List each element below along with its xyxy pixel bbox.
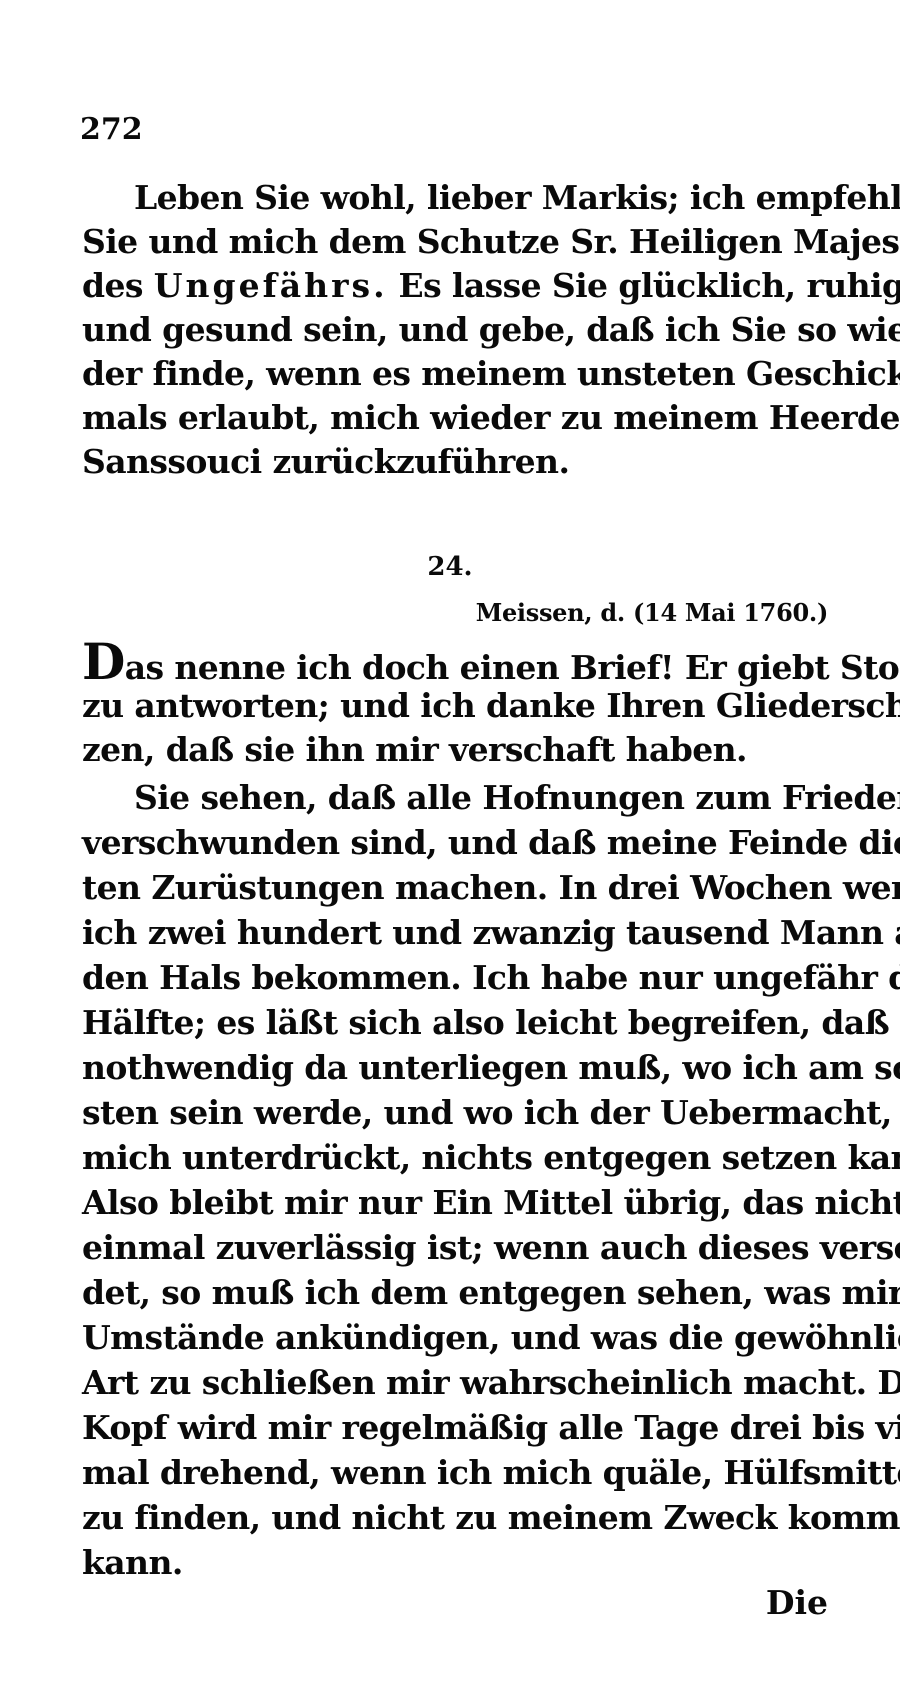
text-line: des Ungefährs. Es lasse Sie glücklich, r… [82,264,834,308]
text-line: ich zwei hundert und zwanzig tausend Man… [82,911,834,955]
text-line: Hälfte; es läßt sich also leicht begreif… [82,1001,834,1045]
text-line: Leben Sie wohl, lieber Markis; ich empfe… [82,176,834,220]
text-line: der finde, wenn es meinem unsteten Gesch… [82,352,834,396]
text-line: nothwendig da unterliegen muß, wo ich am… [82,1046,834,1090]
book-page: 272 Leben Sie wohl, lieber Markis; ich e… [0,0,900,1707]
text-line: den Hals bekommen. Ich habe nur ungefähr… [82,956,834,1000]
text-line: Das nenne ich doch einen Brief! Er giebt… [82,640,834,690]
emphasized-word: Ungefährs. [154,266,388,305]
text-line: mals erlaubt, mich wieder zu meinem Heer… [82,396,834,440]
text-line: sten sein werde, und wo ich der Uebermac… [82,1091,834,1135]
text-line: Sanssouci zurückzuführen. [82,440,834,484]
text-line: Kopf wird mir regelmäßig alle Tage drei … [82,1406,834,1450]
text-line: det, so muß ich dem entgegen sehen, was … [82,1271,834,1315]
text-line: ten Zurüstungen machen. In drei Wochen w… [82,866,834,910]
text-line: mich unterdrückt, nichts entgegen setzen… [82,1136,834,1180]
text-line: Umstände ankündigen, und was die gewöhnl… [82,1316,834,1360]
text-line: verschwunden sind, und daß meine Feinde … [82,821,834,865]
text-line: kann. [82,1541,834,1585]
drop-cap: D [82,632,125,691]
dateline: Meissen, d. (14 Mai 1760.) [476,598,828,627]
text-line: mal drehend, wenn ich mich quäle, Hülfsm… [82,1451,834,1495]
text-line: Also bleibt mir nur Ein Mittel übrig, da… [82,1181,834,1225]
text-line: und gesund sein, und gebe, daß ich Sie s… [82,308,834,352]
text-fragment: Es lasse Sie glücklich, ruhig [388,266,900,305]
catchword: Die [766,1583,828,1622]
text-fragment: as nenne ich doch einen Brief! Er giebt … [125,648,900,687]
text-line: Art zu schließen mir wahrscheinlich mach… [82,1361,834,1405]
text-line: zu finden, und nicht zu meinem Zweck kom… [82,1496,834,1540]
text-line: Sie sehen, daß alle Hofnungen zum Friede… [82,776,834,820]
text-line: zu antworten; und ich danke Ihren Gliede… [82,684,834,728]
page-number: 272 [80,112,143,147]
letter-number: 24. [0,552,900,582]
text-line: zen, daß sie ihn mir verschaft haben. [82,728,834,772]
text-line: Sie und mich dem Schutze Sr. Heiligen Ma… [82,220,834,264]
text-fragment: des [82,266,143,305]
text-line: einmal zuverlässig ist; wenn auch dieses… [82,1226,834,1270]
